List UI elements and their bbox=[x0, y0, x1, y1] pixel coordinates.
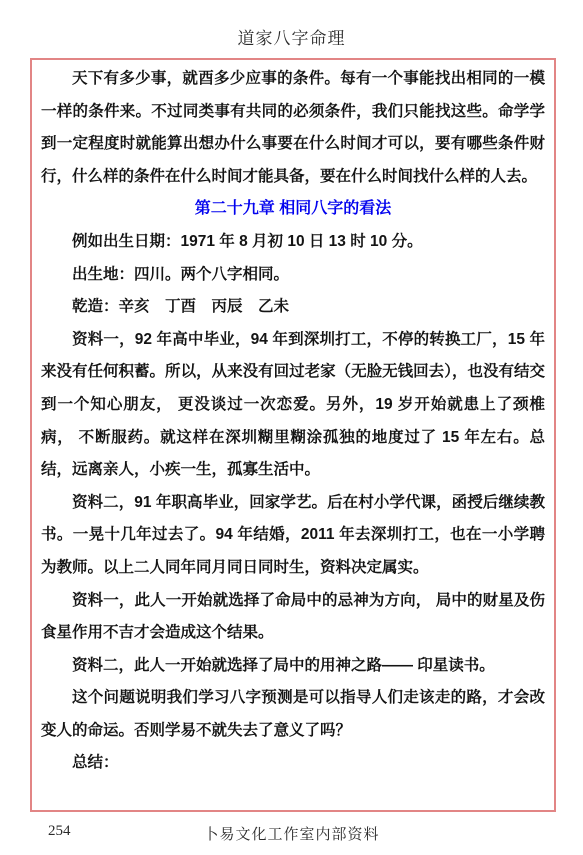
chapter-heading: 第二十九章 相同八字的看法 bbox=[41, 193, 545, 226]
paragraph: 出生地：四川。两个八字相同。 bbox=[41, 259, 545, 292]
document-title: 道家八字命理 bbox=[0, 24, 583, 49]
footer-center-text: 卜易文化工作室内部资料 bbox=[0, 823, 583, 844]
paragraph: 资料一，此人一开始就选择了命局中的忌神为方向， 局中的财星及伤食星作用不吉才会造… bbox=[41, 585, 545, 650]
paragraph: 资料一，92 年高中毕业，94 年到深圳打工，不停的转换工厂，15 年来没有任何… bbox=[41, 324, 545, 487]
paragraph: 总结： bbox=[41, 747, 545, 780]
paragraph: 天下有多少事，就酉多少应事的条件。每有一个事能找出相同的一模一样的条件来。不过同… bbox=[41, 63, 545, 193]
content-box: 天下有多少事，就酉多少应事的条件。每有一个事能找出相同的一模一样的条件来。不过同… bbox=[30, 58, 556, 812]
paragraph: 这个问题说明我们学习八字预测是可以指导人们走该走的路，才会改变人的命运。否则学易… bbox=[41, 682, 545, 747]
content-blocks: 天下有多少事，就酉多少应事的条件。每有一个事能找出相同的一模一样的条件来。不过同… bbox=[41, 63, 545, 780]
paragraph: 例如出生日期：1971 年 8 月初 10 日 13 时 10 分。 bbox=[41, 226, 545, 259]
paragraph: 资料二，此人一开始就选择了局中的用神之路—— 印星读书。 bbox=[41, 650, 545, 683]
paragraph: 乾造：辛亥 丁酉 丙辰 乙未 bbox=[41, 291, 545, 324]
paragraph: 资料二，91 年职高毕业，回家学艺。后在村小学代课，函授后继续教书。一晃十几年过… bbox=[41, 487, 545, 585]
page-footer: 254 卜易文化工作室内部资料 bbox=[0, 823, 583, 847]
